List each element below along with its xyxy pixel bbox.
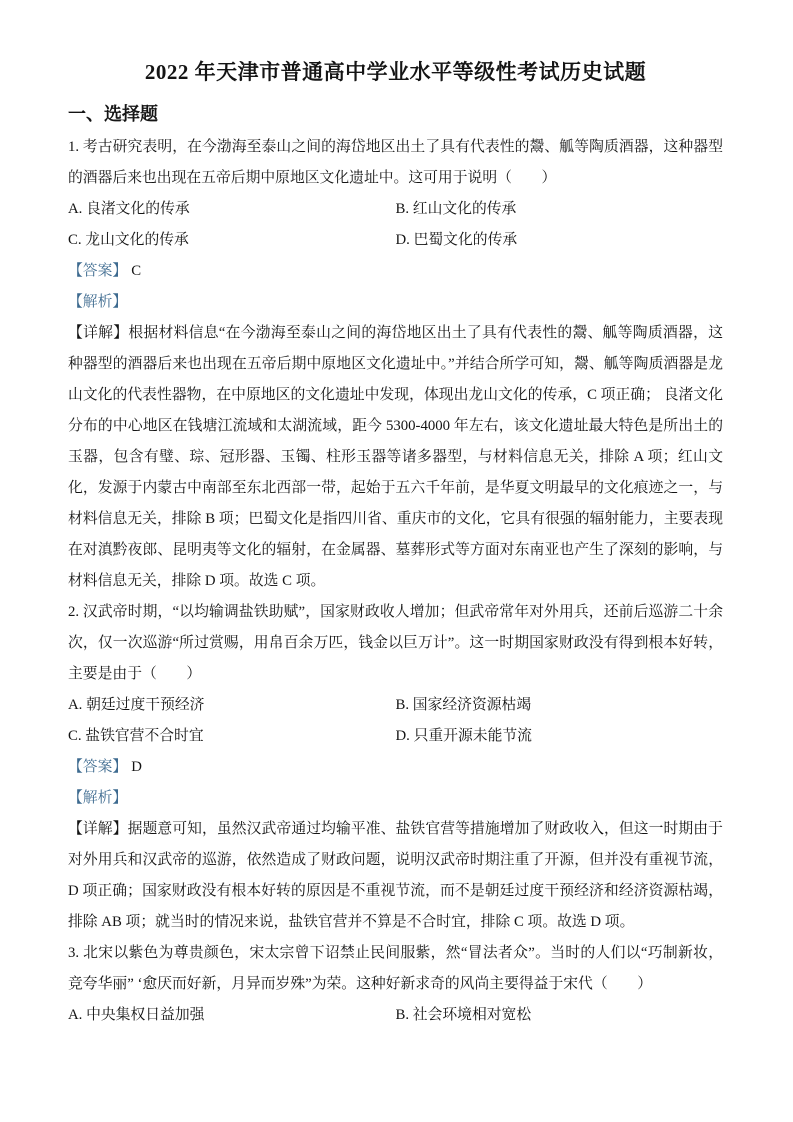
option-item: C. 盐铁官营不合时宜 [68, 721, 396, 752]
analysis-label: 【解析】 [68, 287, 723, 318]
options-grid: A. 良渚文化的传承B. 红山文化的传承C. 龙山文化的传承D. 巴蜀文化的传承 [68, 194, 723, 256]
detail-label: 【详解】 [68, 821, 128, 837]
exam-document-page: 2022 年天津市普通高中学业水平等级性考试历史试题 一、选择题 1. 考古研究… [0, 0, 793, 1122]
option-item: C. 龙山文化的传承 [68, 225, 396, 256]
answer-label: 【答案】 [68, 263, 127, 279]
questions-container: 1. 考古研究表明，在今渤海至泰山之间的海岱地区出土了具有代表性的鬶、觚等陶质酒… [68, 132, 723, 1031]
document-title: 2022 年天津市普通高中学业水平等级性考试历史试题 [68, 56, 723, 88]
detail-text: 根据材料信息“在今渤海至泰山之间的海岱地区出土了具有代表性的鬶、觚等陶质酒器，这… [68, 325, 723, 589]
question-stem: 3. 北宋以紫色为尊贵颜色，宋太宗曾下诏禁止民间服紫，然“冒法者众”。当时的人们… [68, 938, 723, 1000]
answer-value: D [131, 759, 142, 775]
question-stem: 2. 汉武帝时期，“以均输调盐铁助赋”，国家财政收人增加；但武帝常年对外用兵，还… [68, 597, 723, 690]
answer-label: 【答案】 [68, 759, 127, 775]
question-block: 2. 汉武帝时期，“以均输调盐铁助赋”，国家财政收人增加；但武帝常年对外用兵，还… [68, 597, 723, 938]
option-item: A. 良渚文化的传承 [68, 194, 396, 225]
detail-paragraph: 【详解】根据材料信息“在今渤海至泰山之间的海岱地区出土了具有代表性的鬶、觚等陶质… [68, 318, 723, 597]
option-item: D. 只重开源未能节流 [396, 721, 724, 752]
options-grid: A. 中央集权日益加强B. 社会环境相对宽松 [68, 1000, 723, 1031]
question-stem: 1. 考古研究表明，在今渤海至泰山之间的海岱地区出土了具有代表性的鬶、觚等陶质酒… [68, 132, 723, 194]
question-block: 1. 考古研究表明，在今渤海至泰山之间的海岱地区出土了具有代表性的鬶、觚等陶质酒… [68, 132, 723, 597]
answer-line: 【答案】D [68, 752, 723, 783]
option-item: A. 朝廷过度干预经济 [68, 690, 396, 721]
option-item: B. 国家经济资源枯竭 [396, 690, 724, 721]
detail-paragraph: 【详解】据题意可知，虽然汉武帝通过均输平准、盐铁官营等措施增加了财政收入，但这一… [68, 814, 723, 938]
answer-value: C [131, 263, 141, 279]
detail-label: 【详解】 [68, 325, 128, 341]
analysis-label: 【解析】 [68, 783, 723, 814]
option-item: A. 中央集权日益加强 [68, 1000, 396, 1031]
answer-line: 【答案】C [68, 256, 723, 287]
option-item: B. 社会环境相对宽松 [396, 1000, 724, 1031]
option-item: D. 巴蜀文化的传承 [396, 225, 724, 256]
option-item: B. 红山文化的传承 [396, 194, 724, 225]
question-block: 3. 北宋以紫色为尊贵颜色，宋太宗曾下诏禁止民间服紫，然“冒法者众”。当时的人们… [68, 938, 723, 1031]
section-heading: 一、选择题 [68, 96, 723, 132]
options-grid: A. 朝廷过度干预经济B. 国家经济资源枯竭C. 盐铁官营不合时宜D. 只重开源… [68, 690, 723, 752]
detail-text: 据题意可知，虽然汉武帝通过均输平准、盐铁官营等措施增加了财政收入，但这一时期由于… [68, 821, 723, 930]
